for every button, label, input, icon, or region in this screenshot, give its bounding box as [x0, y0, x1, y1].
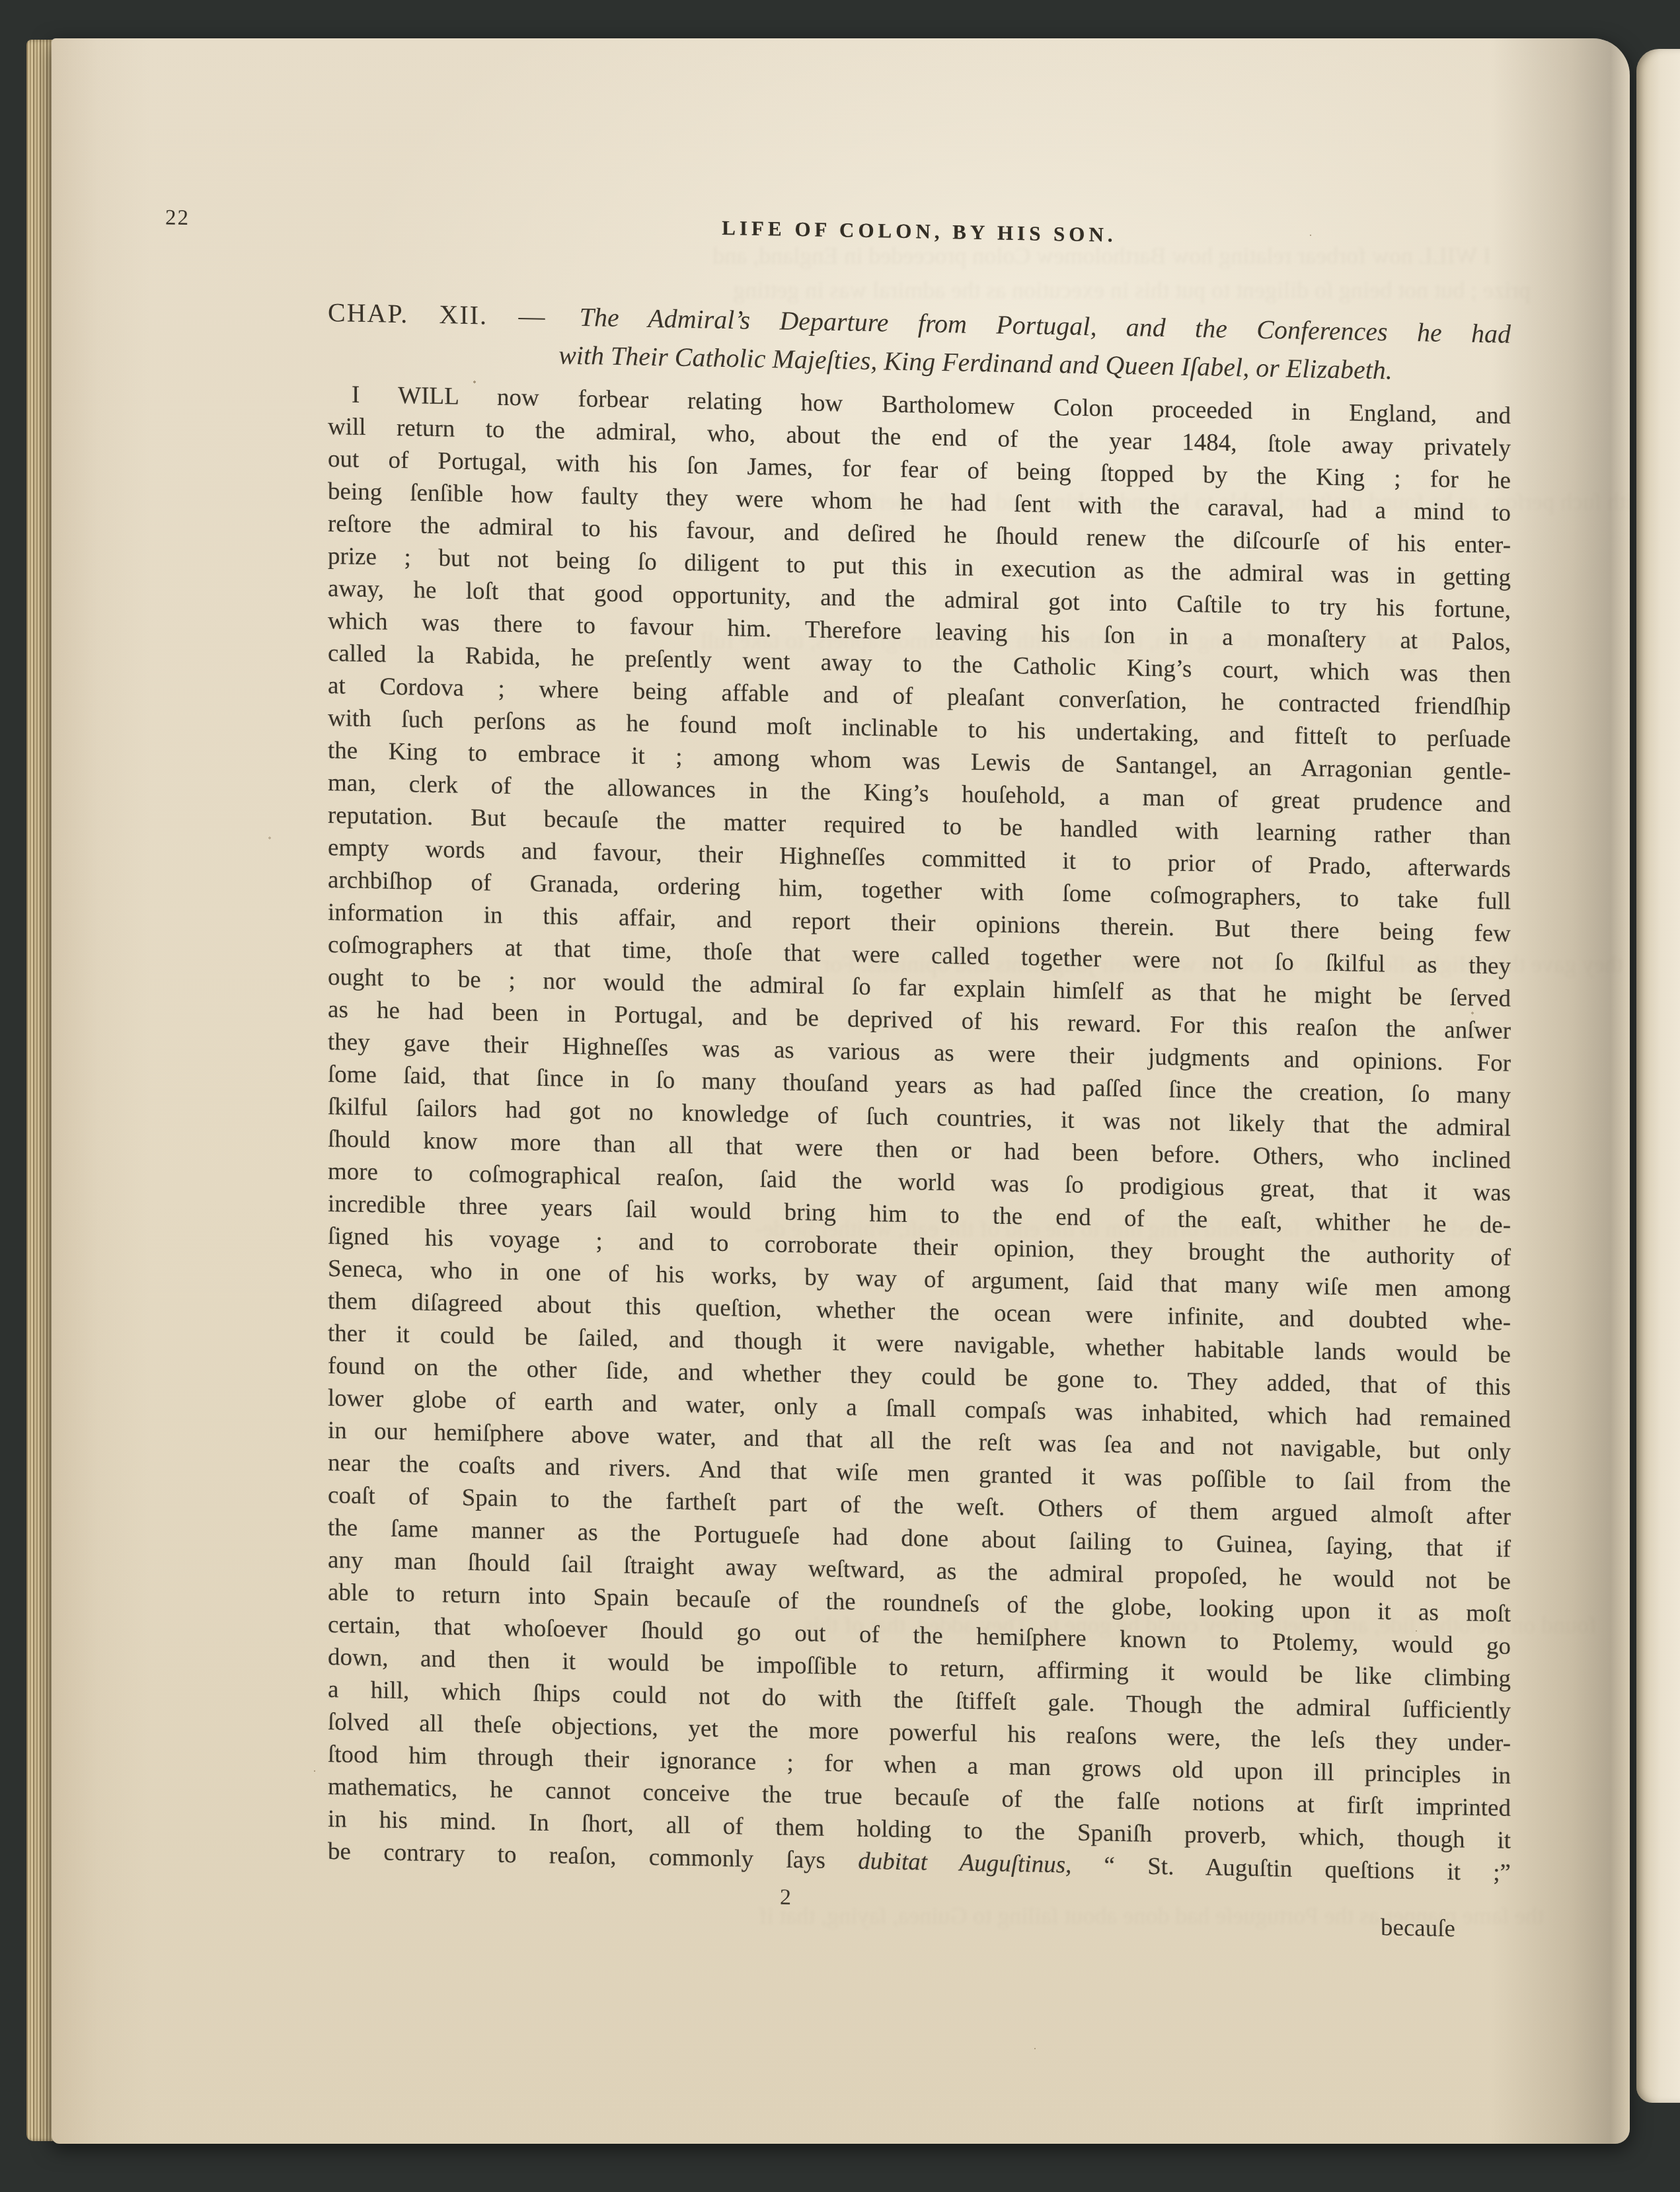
facing-page-edge [1636, 49, 1680, 2103]
running-header: 22 LIFE OF COLON, BY HIS SON. [328, 204, 1511, 260]
folio-page-number: 22 [165, 206, 190, 231]
body-paragraph: I WILL now forbear relating how Bartholo… [328, 378, 1511, 1889]
chapter-heading: CHAP. XII. — The Admiral’s Departure fro… [328, 293, 1511, 392]
signature-mark: 2 [780, 1885, 791, 1910]
gutter-shadow [1491, 38, 1630, 2144]
running-title: LIFE OF COLON, BY HIS SON. [328, 209, 1511, 254]
catchword: becauſe [1381, 1913, 1455, 1943]
printed-text-block: 22 LIFE OF COLON, BY HIS SON. CHAP. XII.… [328, 204, 1511, 1936]
chapter-number: CHAP. XII. — [328, 297, 546, 331]
book-page: I WILL now forbear relating how Bartholo… [52, 38, 1630, 2144]
book-scan: I WILL now forbear relating how Bartholo… [0, 0, 1680, 2192]
